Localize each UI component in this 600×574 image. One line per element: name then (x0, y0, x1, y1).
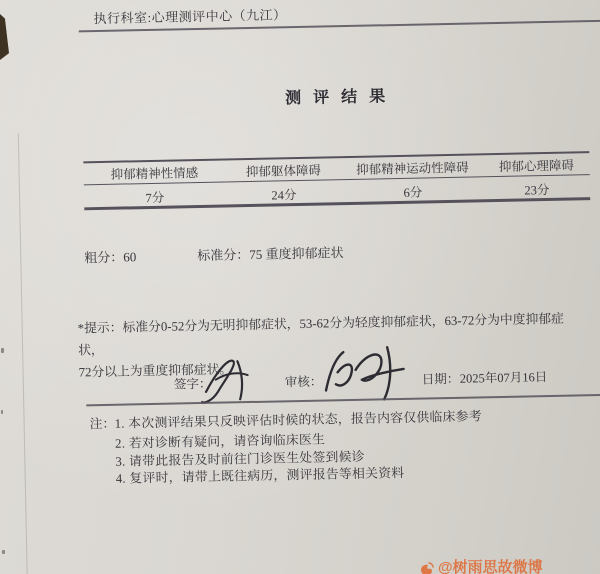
raw-score-value: 60 (123, 249, 136, 264)
note-item: 1. 本次测评结果只反映评估时候的状态，报告内容仅供临床参考 (114, 405, 482, 431)
column-header: 抑郁心理障碍 (483, 155, 590, 175)
column-header: 抑郁精神运动性障碍 (341, 157, 483, 178)
paper-crease (18, 134, 28, 574)
reviewer-signature (317, 341, 418, 405)
score-cell: 24分 (226, 184, 343, 204)
date-value: 2025年07月16日 (460, 367, 548, 387)
notes-label: 注： (89, 413, 115, 433)
column-header: 抑郁躯体障碍 (225, 160, 342, 180)
standard-score-label: 标准分： (197, 247, 249, 263)
column-header: 抑郁精神性情感 (83, 162, 225, 183)
raw-score-label: 粗分： (84, 250, 123, 266)
severity-text: 重度抑郁症状 (265, 245, 343, 262)
report-photo: 执行科室:心理测评中心（九江） 测 评 结 果 抑郁精神性情感 抑郁躯体障碍 抑… (0, 0, 600, 574)
weibo-icon (418, 560, 435, 574)
executing-department: 执行科室:心理测评中心（九江） (93, 4, 286, 27)
standard-score-value: 75 (249, 247, 262, 262)
score-cell: 23分 (484, 179, 591, 199)
standard-score: 标准分：75 重度抑郁症状 (197, 242, 344, 264)
date-label: 日期： (422, 369, 460, 388)
report-page: 执行科室:心理测评中心（九江） 测 评 结 果 抑郁精神性情感 抑郁躯体障碍 抑… (0, 0, 600, 574)
weibo-watermark-text: @树雨思故微博 (438, 556, 543, 574)
report-title: 测 评 结 果 (285, 83, 389, 108)
signer-signature (195, 351, 258, 406)
raw-score: 粗分：60 (84, 246, 136, 266)
weibo-watermark: @树雨思故微博 (418, 556, 600, 574)
